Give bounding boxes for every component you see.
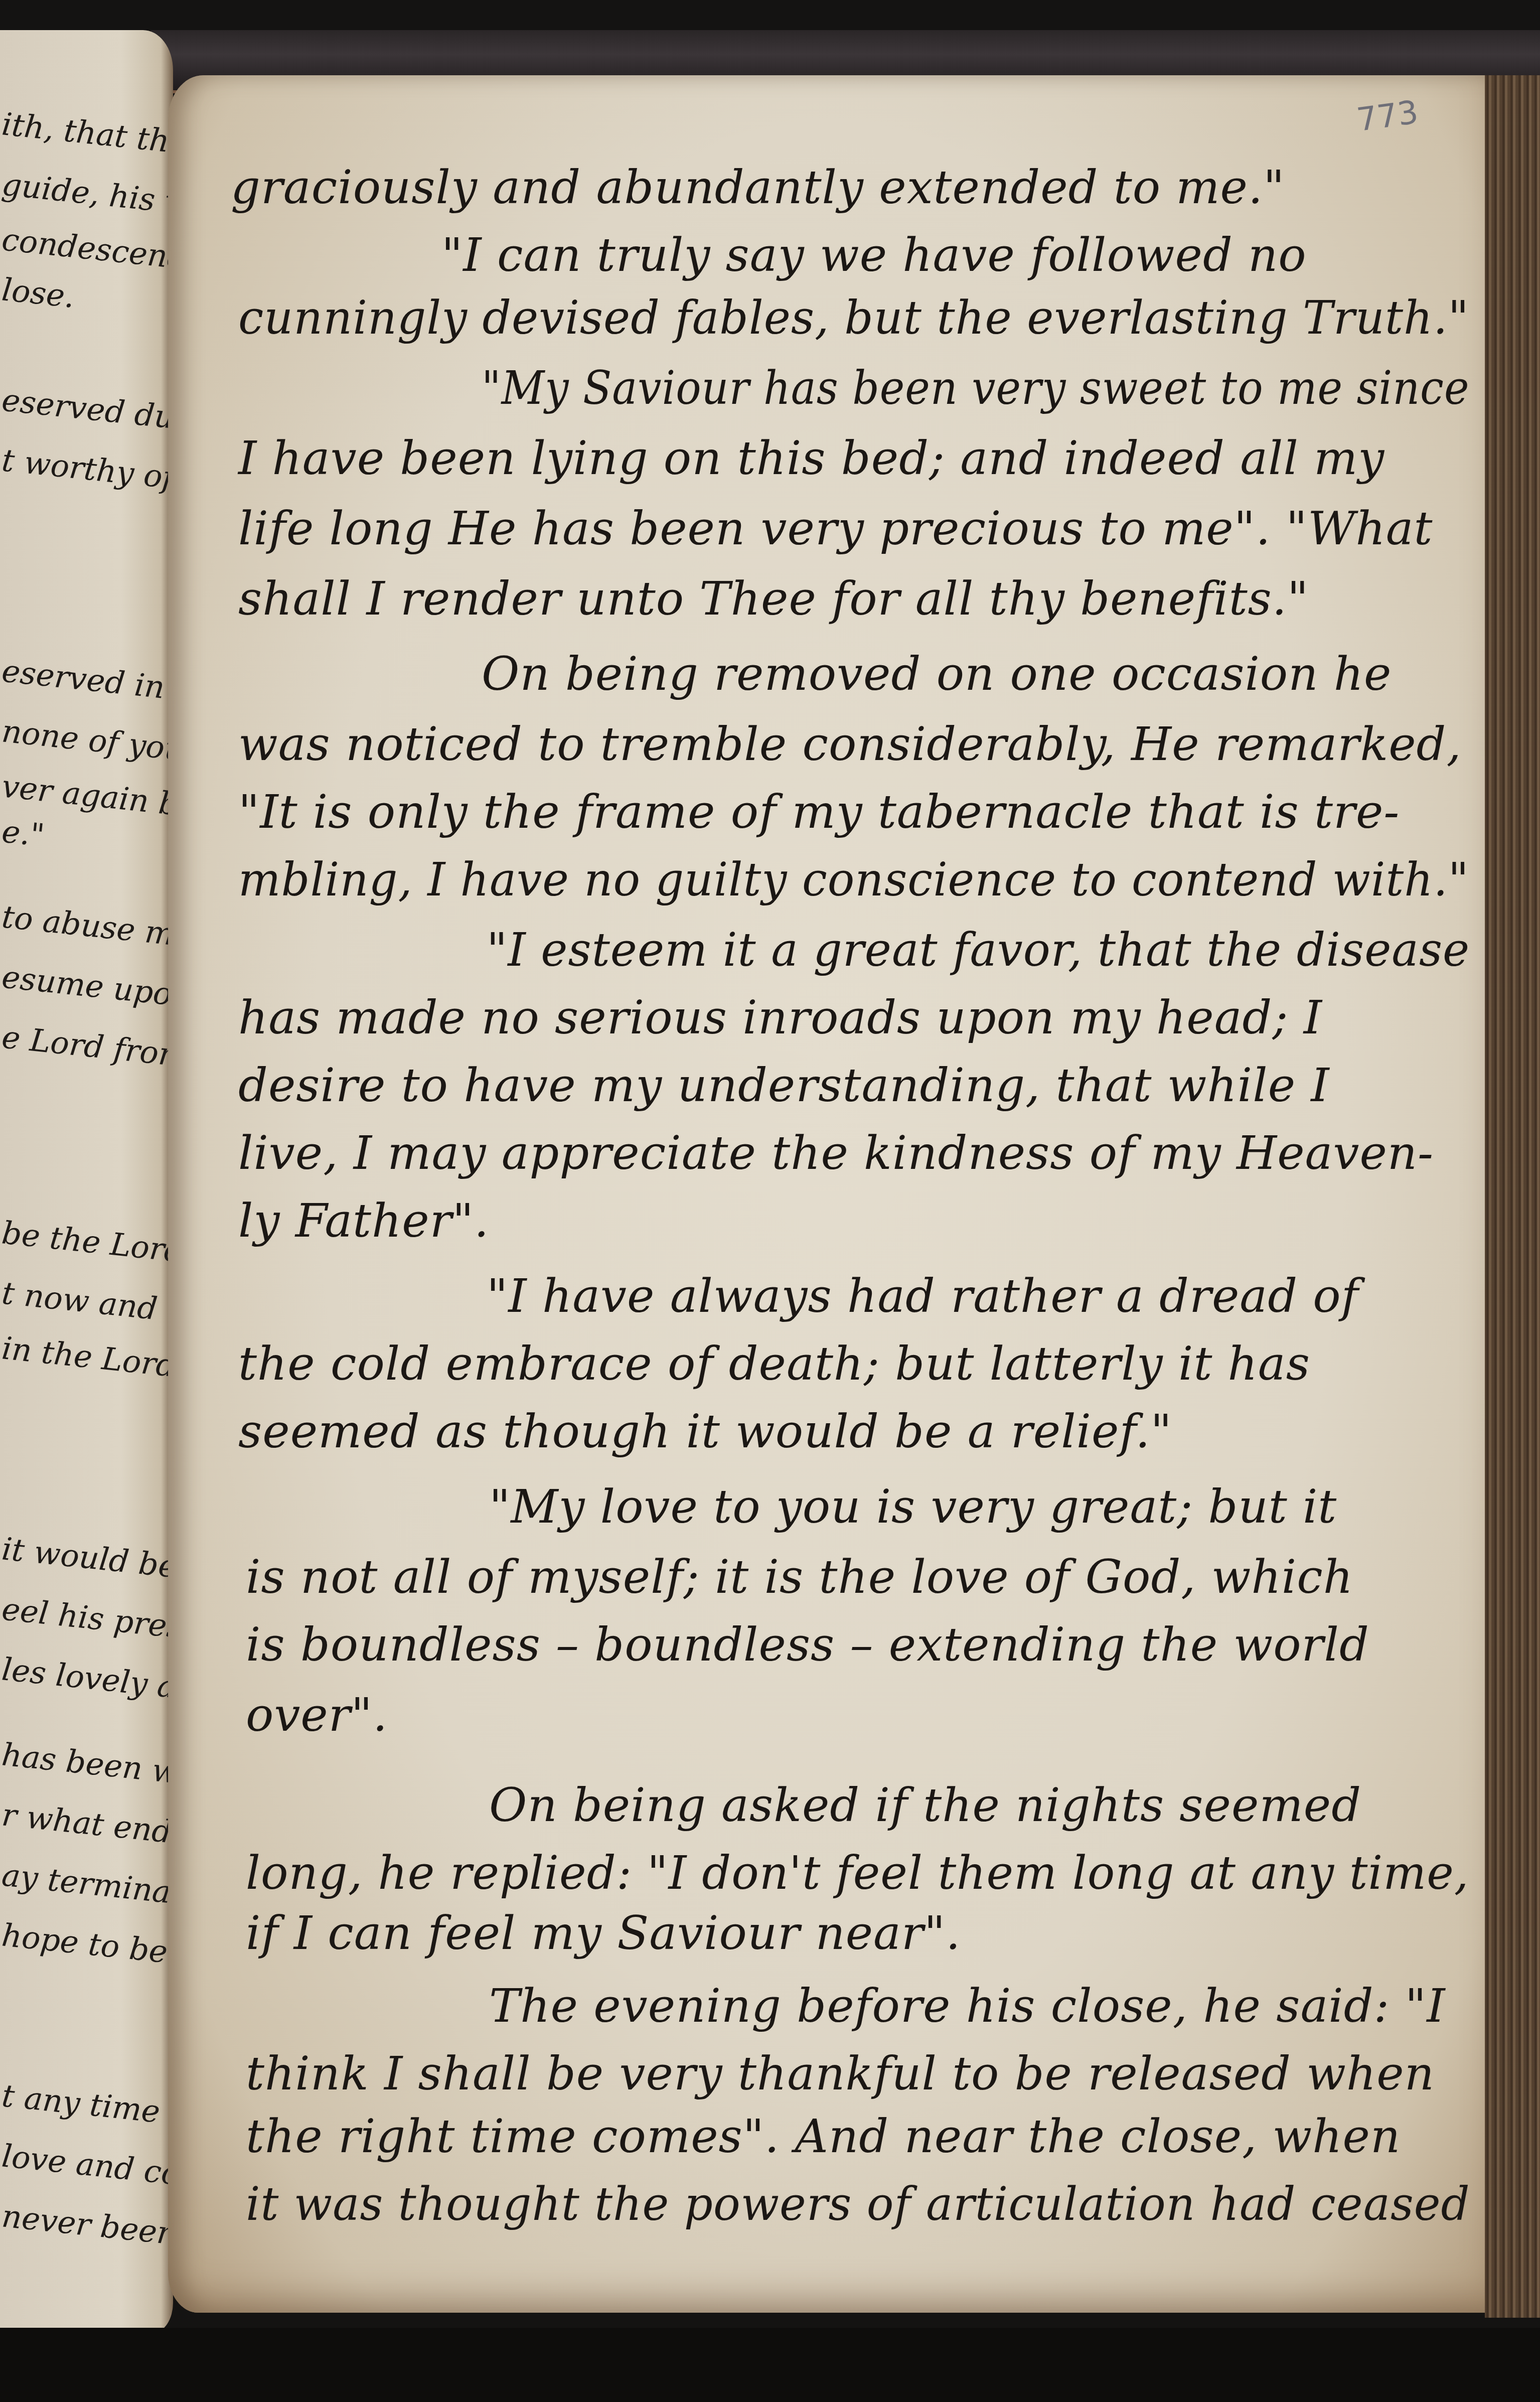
background-surface — [0, 2328, 1540, 2402]
left-fragment: be the Lord — [0, 1214, 173, 1270]
text-line: life long He has been very precious to m… — [238, 502, 1433, 555]
left-fragment: eel his presen — [0, 1590, 173, 1649]
text-line: On being asked if the nights seemed — [489, 1778, 1361, 1832]
left-fragment: esume upon — [0, 958, 173, 1014]
text-line: graciously and abundantly extended to me… — [231, 161, 1285, 214]
left-fragment: les lovely an — [0, 1650, 173, 1707]
text-line: it was thought the powers of articulatio… — [246, 2177, 1470, 2231]
text-line: has made no serious inroads upon my head… — [238, 991, 1322, 1044]
left-fragment: to abuse my — [0, 898, 173, 954]
left-fragment: t worthy of m — [0, 441, 173, 500]
left-fragment: love and com — [0, 2137, 173, 2195]
left-fragment: has been won — [0, 1736, 173, 1795]
text-line: "I have always had rather a dread of — [487, 1269, 1359, 1323]
left-fragment: t any time — [0, 2077, 162, 2130]
text-line: was noticed to tremble considerably, He … — [238, 717, 1462, 771]
text-line: shall I render unto Thee for all thy ben… — [238, 572, 1309, 626]
left-fragment: r what end — [0, 1796, 173, 1850]
left-fragment: ith, that the — [0, 105, 173, 161]
left-fragment: it would be — [0, 1530, 173, 1585]
text-line: "It is only the frame of my tabernacle t… — [238, 785, 1400, 839]
text-line: seemed as though it would be a relief." — [238, 1405, 1172, 1458]
text-line: long, he replied: "I don't feel them lon… — [246, 1846, 1469, 1900]
text-line: over". — [246, 1688, 388, 1742]
text-line: ly Father". — [238, 1194, 489, 1248]
left-fragment: condescend — [0, 221, 173, 276]
left-fragment: in the Lord — [0, 1329, 173, 1384]
page-stack-edge — [1485, 75, 1540, 2318]
text-line: "I can truly say we have followed no — [441, 228, 1307, 282]
left-fragment: never been — [0, 2197, 173, 2252]
text-line: the cold embrace of death; but latterly … — [238, 1337, 1310, 1391]
left-fragment: t now and th — [0, 1274, 173, 1331]
text-line: live, I may appreciate the kindness of m… — [238, 1126, 1434, 1180]
text-line: mbling, I have no guilty conscience to c… — [238, 853, 1469, 907]
text-line: "My love to you is very great; but it — [489, 1480, 1337, 1534]
left-fragment: e Lord from — [0, 1018, 173, 1075]
text-line: "My Saviour has been very sweet to me si… — [482, 361, 1469, 415]
left-fragment: guide, his v — [0, 166, 173, 221]
text-line: is not all of myself; it is the love of … — [246, 1550, 1353, 1604]
text-line: I have been lying on this bed; and indee… — [238, 431, 1384, 485]
left-fragment: e." — [0, 813, 46, 853]
text-line: On being removed on one occasion he — [482, 647, 1392, 701]
left-fragment: lose. — [0, 271, 76, 315]
left-fragment: hope to be a — [0, 1916, 173, 1973]
left-page: ith, that the guide, his v condescend lo… — [0, 30, 173, 2333]
left-fragment: ay termina — [0, 1856, 173, 1910]
text-line: cunningly devised fables, but the everla… — [238, 291, 1469, 345]
left-fragment: none of you — [0, 712, 173, 768]
text-line: if I can feel my Saviour near". — [246, 1906, 961, 1960]
text-line: the right time comes". And near the clos… — [246, 2110, 1401, 2163]
text-line: The evening before his close, he said: "… — [489, 1979, 1446, 2033]
text-line: think I shall be very thankful to be rel… — [246, 2047, 1435, 2100]
left-fragment: ver again b — [0, 768, 173, 823]
text-line: desire to have my understanding, that wh… — [238, 1059, 1330, 1112]
left-fragment: eserved in w — [0, 652, 173, 709]
left-fragment: eserved dur — [0, 381, 173, 437]
text-line: is boundless – boundless – extending the… — [246, 1618, 1369, 1672]
text-line: "I esteem it a great favor, that the dis… — [487, 923, 1470, 977]
